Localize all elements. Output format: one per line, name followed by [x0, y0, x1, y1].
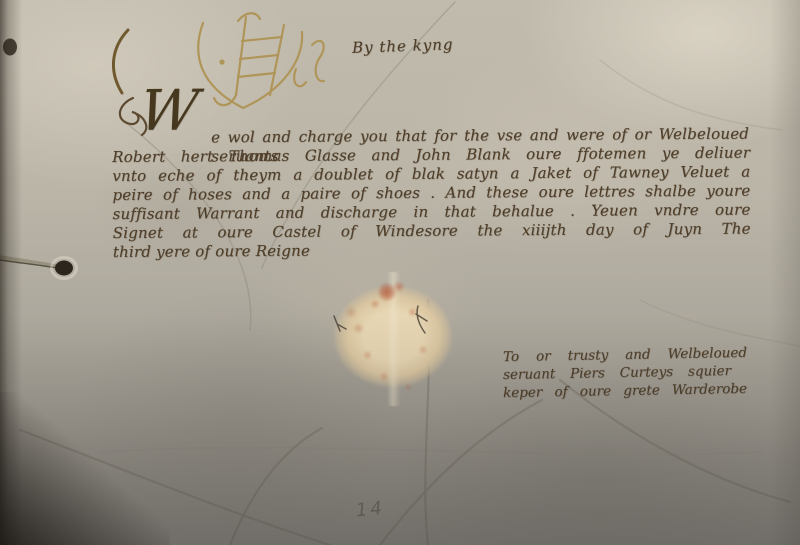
bottom-left-corner-shadow	[0, 392, 170, 545]
manuscript-photo: By the kyng W e wol and charge you that …	[0, 0, 800, 545]
